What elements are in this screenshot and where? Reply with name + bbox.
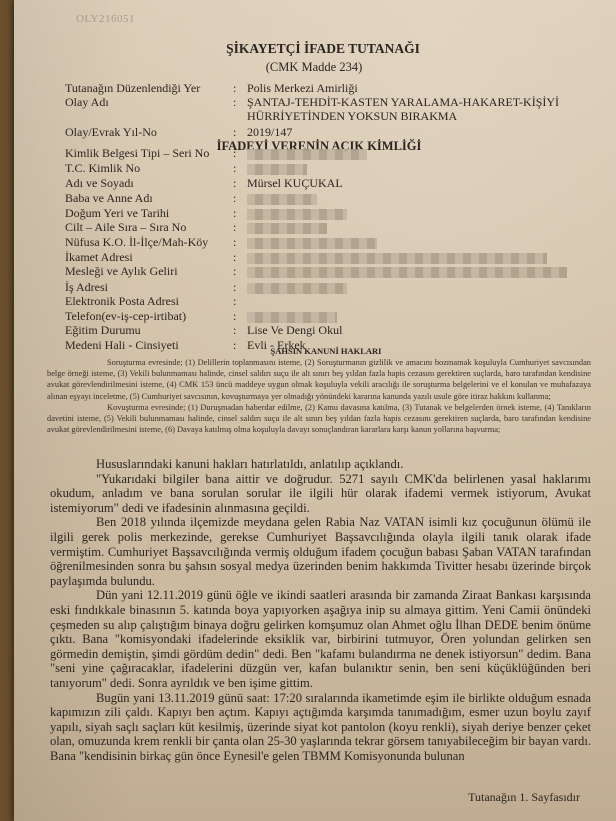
case-info-file-no: Olay/Evrak Yıl-No:2019/147 [65,125,292,139]
statement-body: Hususlarındaki kanuni hakları hatırlatıl… [50,457,591,763]
identity-row: Adı ve Soyadı:Mürsel KUÇUKAL [65,176,343,190]
redacted-value [247,164,307,175]
field-value: Mürsel KUÇUKAL [247,176,343,190]
redacted-value [247,194,317,205]
rights-paragraph-prosecution: Kovuşturma evresinde; (1) Duruşmadan hab… [47,402,591,436]
identity-row: Elektronik Posta Adresi: [65,294,247,308]
document-stamp-number: OLY216051 [76,13,135,25]
identity-row: Kimlik Belgesi Tipi – Seri No: [65,146,367,160]
rights-paragraph-investigation: Soruşturma evresinde; (1) Delillerin top… [47,357,591,402]
redacted-value [247,253,547,264]
identity-row: Telefon(ev-iş-cep-irtibat): [65,309,337,323]
identity-row: Nüfusa K.O. İl-İlçe/Mah-Köy: [65,235,377,249]
identity-row: İkamet Adresi: [65,250,547,264]
redacted-value [247,223,327,234]
case-info-event-name-cont: HÜRRİYETİNDEN YOKSUN BIRAKMA [65,109,457,123]
case-info-event-name: Olay Adı:ŞANTAJ-TEHDİT-KASTEN YARALAMA-H… [65,95,559,109]
rights-heading: ŞAHSIN KANUNİ HAKLARI [0,346,616,356]
body-paragraph: "Yukarıdaki bilgiler bana aittir ve doğr… [50,472,591,516]
field-label: Olay/Evrak Yıl-No [65,125,233,139]
identity-row: Mesleği ve Aylık Geliri: [65,264,567,278]
field-value: ŞANTAJ-TEHDİT-KASTEN YARALAMA-HAKARET-Kİ… [247,95,559,109]
field-label: Cilt – Aile Sıra – Sıra No [65,220,233,234]
field-label: İkamet Adresi [65,250,233,264]
field-label: T.C. Kimlik No [65,161,233,175]
field-label: Eğitim Durumu [65,323,233,337]
redacted-value [247,267,567,278]
body-paragraph: Ben 2018 yılında ilçemizde meydana gelen… [50,515,591,588]
field-label: Mesleği ve Aylık Geliri [65,264,233,278]
identity-row: Doğum Yeri ve Tarihi: [65,206,347,220]
field-value: 2019/147 [247,125,292,139]
document-title: ŞİKAYETÇİ İFADE TUTANAĞI [0,41,616,57]
body-paragraph: Hususlarındaki kanuni hakları hatırlatıl… [50,457,591,472]
redacted-value [247,238,377,249]
field-value: Lise Ve Dengi Okul [247,323,342,337]
case-info-place: Tutanağın Düzenlendiği Yer:Polis Merkezi… [65,81,358,95]
body-paragraph: Bugün yani 13.11.2019 günü saat: 17:20 s… [50,691,591,764]
field-label: Nüfusa K.O. İl-İlçe/Mah-Köy [65,235,233,249]
identity-row: Cilt – Aile Sıra – Sıra No: [65,220,327,234]
page-footer: Tutanağın 1. Sayfasıdır [468,790,580,805]
field-label: Telefon(ev-iş-cep-irtibat) [65,309,233,323]
field-label: Doğum Yeri ve Tarihi [65,206,233,220]
redacted-value [247,312,337,323]
rights-text: Soruşturma evresinde; (1) Delillerin top… [47,357,591,435]
field-label: Olay Adı [65,95,233,109]
field-label: Baba ve Anne Adı [65,191,233,205]
field-value-continued: HÜRRİYETİNDEN YOKSUN BIRAKMA [247,109,457,123]
document-subtitle: (CMK Madde 234) [0,60,616,75]
identity-row: Eğitim Durumu:Lise Ve Dengi Okul [65,323,342,337]
identity-row: T.C. Kimlik No: [65,161,307,175]
body-paragraph: Dün yani 12.11.2019 günü öğle ve ikindi … [50,588,591,690]
field-label: İş Adresi [65,280,233,294]
field-label: Tutanağın Düzenlendiği Yer [65,81,233,95]
field-value: Polis Merkezi Amirliği [247,81,358,95]
identity-row: Baba ve Anne Adı: [65,191,317,205]
field-label: Adı ve Soyadı [65,176,233,190]
identity-row: İş Adresi: [65,280,347,294]
field-label: Elektronik Posta Adresi [65,294,233,308]
redacted-value [247,283,347,294]
field-label: Kimlik Belgesi Tipi – Seri No [65,146,233,160]
redacted-value [247,149,367,160]
redacted-value [247,209,347,220]
